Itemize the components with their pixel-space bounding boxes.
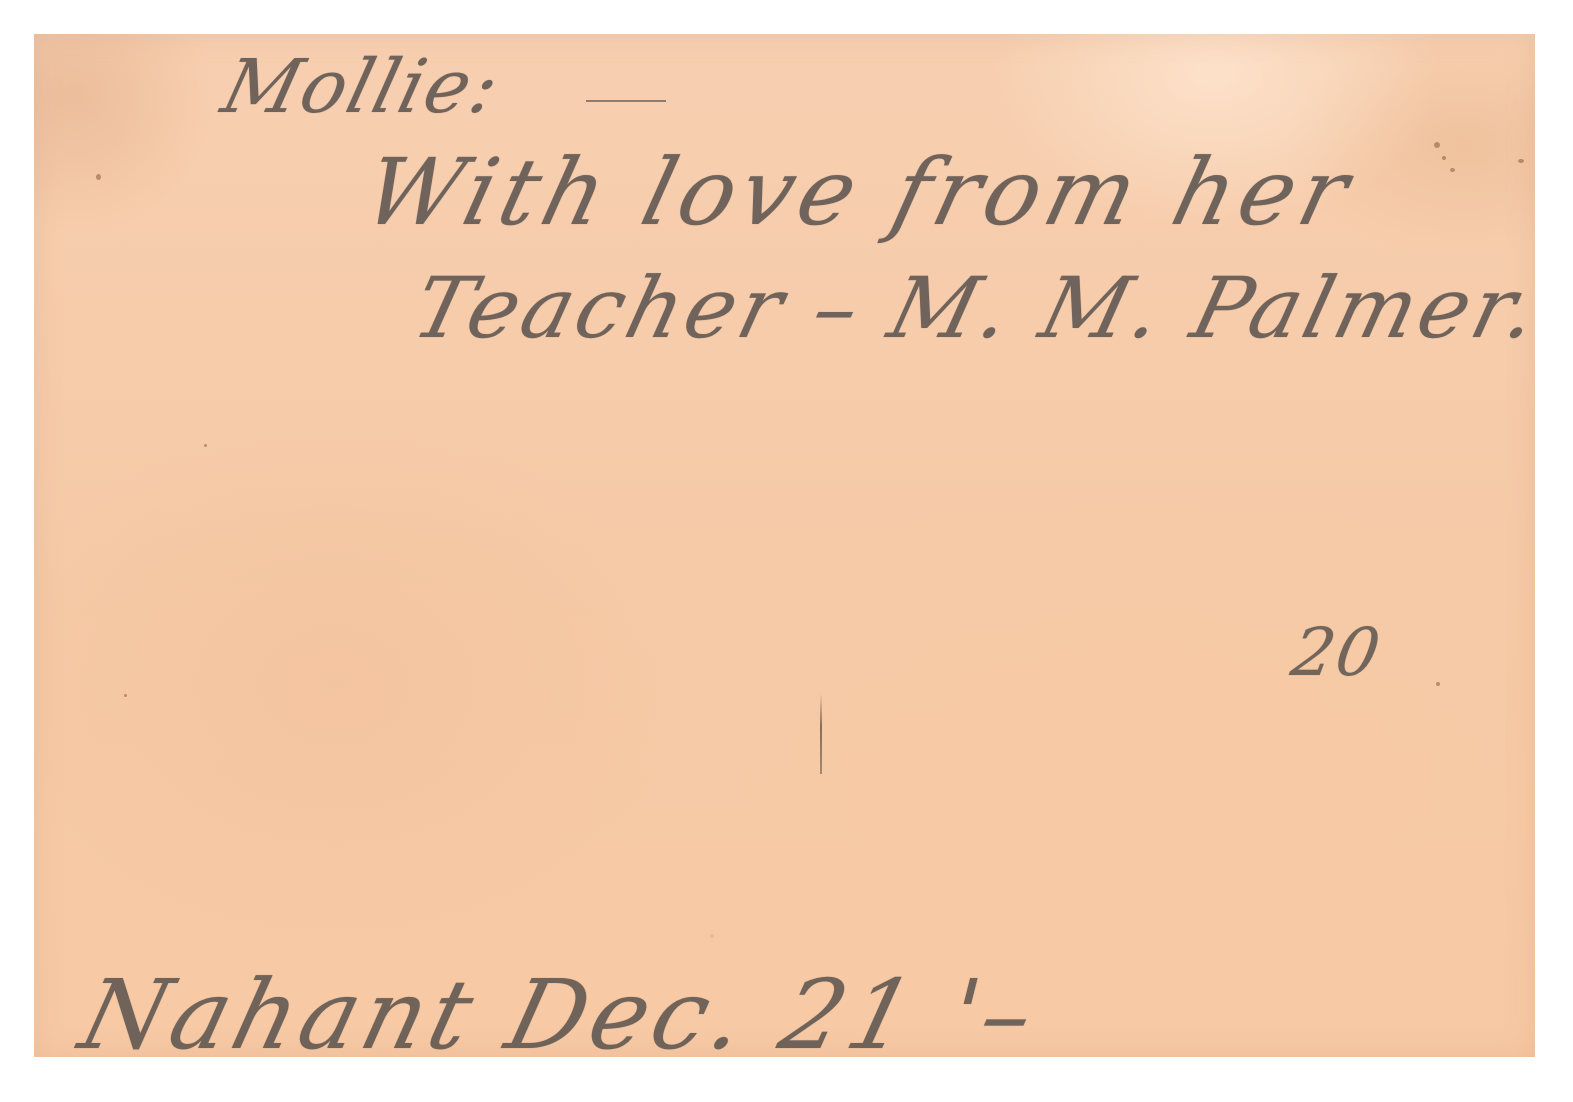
inscription-line-2: With love from her <box>354 139 1365 246</box>
vintage-card-back: Mollie: With love from her Teacher – M. … <box>34 34 1535 1057</box>
pencil-mark <box>820 694 822 774</box>
paper-speck <box>1518 159 1524 163</box>
pencil-number: 20 <box>1286 614 1388 691</box>
place-date-text: Nahant Dec. 21 '– <box>70 959 1050 1057</box>
paper-speck <box>710 934 714 938</box>
paper-speck <box>96 174 101 180</box>
paper-speck <box>1450 168 1455 172</box>
salutation-underline <box>586 100 666 102</box>
paper-speck <box>124 694 127 697</box>
salutation-text: Mollie: <box>214 44 510 130</box>
inscription-signature: Teacher – M. M. Palmer. <box>404 259 1535 357</box>
paper-speck <box>1434 142 1440 148</box>
paper-speck <box>204 444 207 447</box>
paper-speck <box>1436 682 1440 686</box>
scan-background: Mollie: With love from her Teacher – M. … <box>0 0 1573 1102</box>
paper-speck <box>1442 156 1446 160</box>
